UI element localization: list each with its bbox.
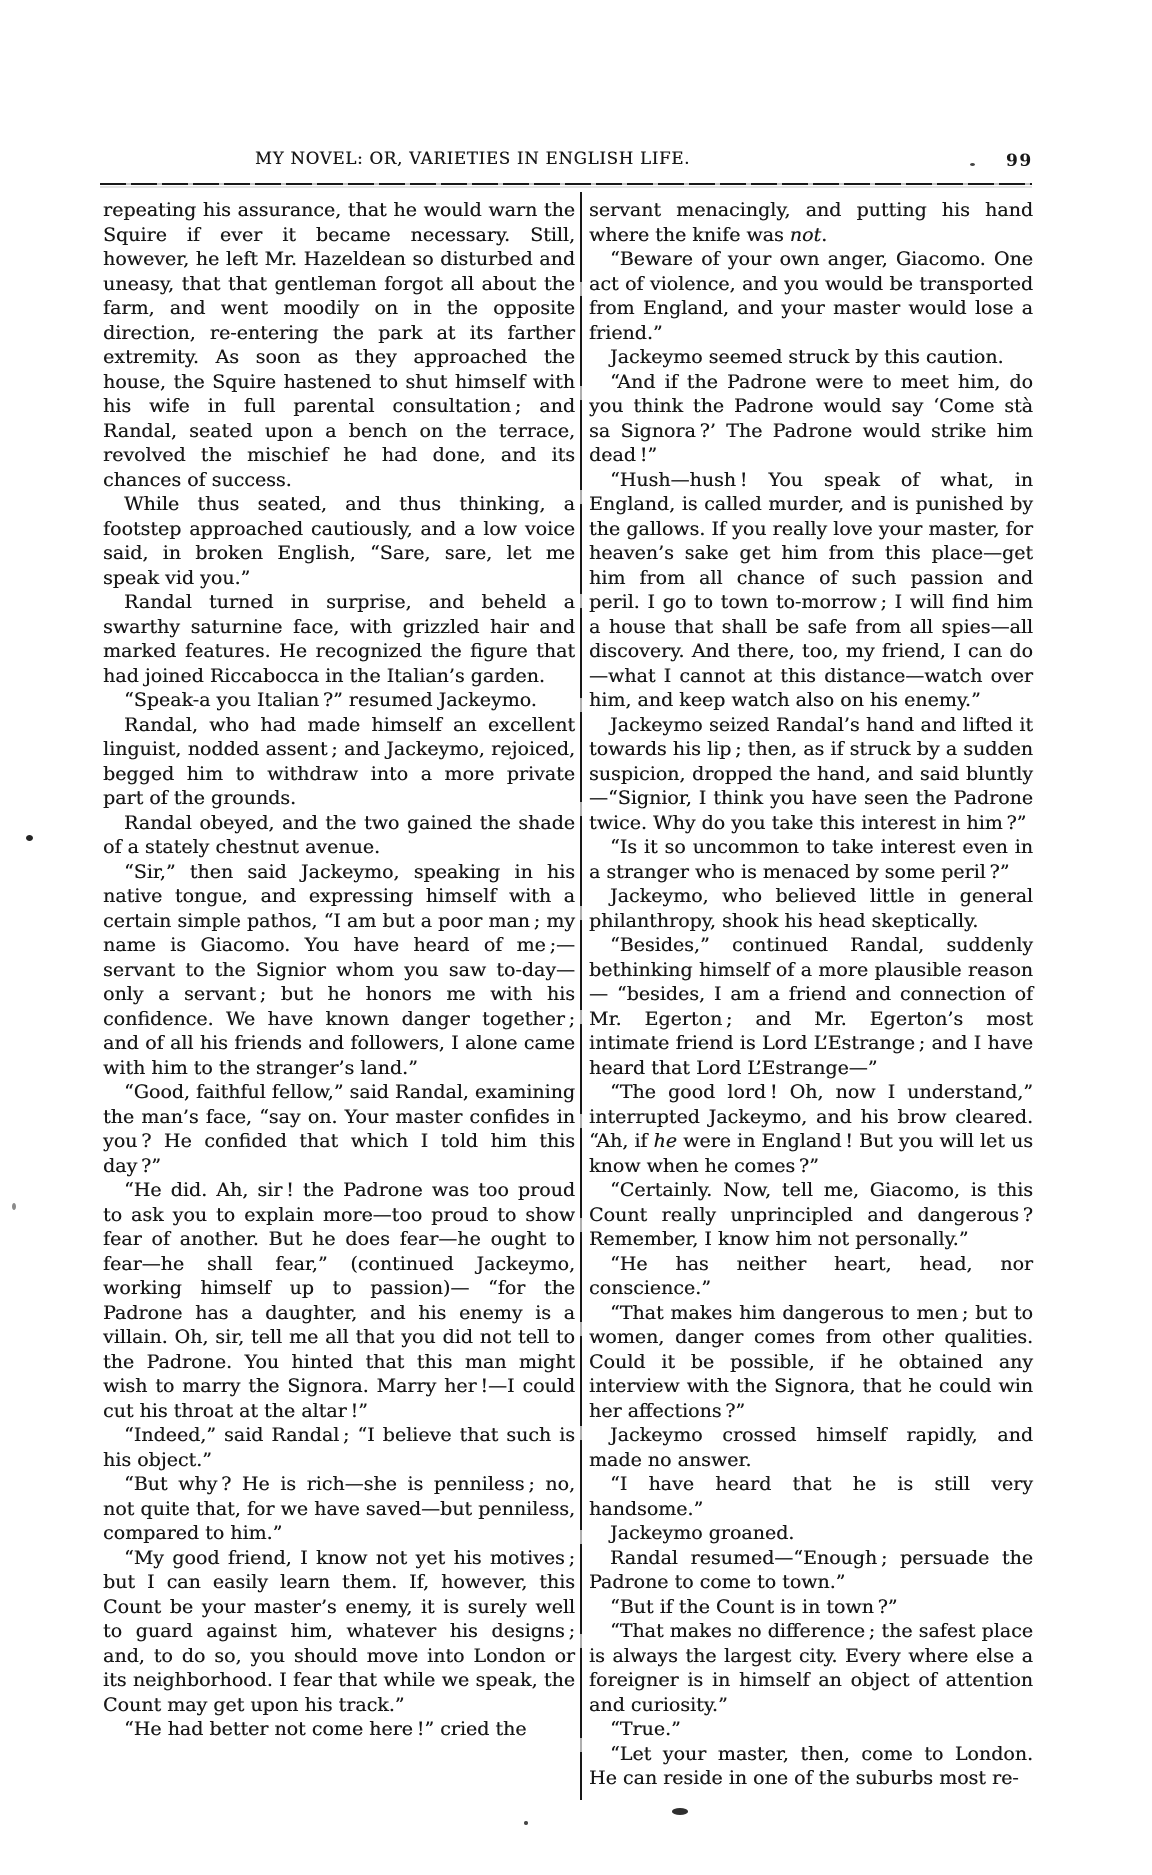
column-divider-rule xyxy=(580,192,582,1800)
paragraph: “And if the Padrone were to meet him, do… xyxy=(589,370,1033,468)
paragraph: Randal resumed—“Enough ; persuade the Pa… xyxy=(589,1546,1033,1595)
paragraph: Jackeymo crossed himself rapidly, and ma… xyxy=(589,1423,1033,1472)
running-title: MY NOVEL: OR, VARIETIES IN ENGLISH LIFE. xyxy=(255,149,690,168)
scan-speck xyxy=(26,835,33,841)
paragraph: “Hush—hush ! You speak of what, in Engla… xyxy=(589,468,1033,713)
paragraph: “True.” xyxy=(589,1717,1033,1742)
scanned-book-page: { "document": { "header": { "title": "MY… xyxy=(0,0,1152,1875)
paragraph: Jackeymo seized Randal’s hand and lifted… xyxy=(589,713,1033,836)
paragraph: servant menacingly, and putting his hand… xyxy=(589,198,1033,247)
paragraph: Randal obeyed, and the two gained the sh… xyxy=(103,811,575,860)
header-rule xyxy=(100,183,1032,185)
paragraph: Jackeymo seemed struck by this caution. xyxy=(589,345,1033,370)
scan-speck xyxy=(12,1203,16,1210)
book-page: MY NOVEL: OR, VARIETIES IN ENGLISH LIFE.… xyxy=(0,0,1152,1875)
page-number: 99 xyxy=(1006,151,1033,171)
italic-text: not xyxy=(790,224,821,246)
paragraph: “I have heard that he is still very hand… xyxy=(589,1472,1033,1521)
paragraph: “Beware of your own anger, Giacomo. One … xyxy=(589,247,1033,345)
paragraph: “But why ? He is rich—she is penniless ;… xyxy=(103,1472,575,1546)
paragraph: “Indeed,” said Randal ; “I believe that … xyxy=(103,1423,575,1472)
paragraph: “That makes him dangerous to men ; but t… xyxy=(589,1301,1033,1424)
paragraph: Jackeymo, who believed little in general… xyxy=(589,884,1033,933)
paragraph: “That makes no difference ; the safest p… xyxy=(589,1619,1033,1717)
paragraph: “Certainly. Now, tell me, Giacomo, is th… xyxy=(589,1178,1033,1252)
paragraph: Randal, who had made himself an excellen… xyxy=(103,713,575,811)
paragraph: “My good friend, I know not yet his moti… xyxy=(103,1546,575,1718)
paragraph: repeating his assurance, that he would w… xyxy=(103,198,575,492)
paragraph: “But if the Count is in town ?” xyxy=(589,1595,1033,1620)
paragraph: “Speak-a you Italian ?” resumed Jackeymo… xyxy=(103,688,575,713)
paragraph: “He has neither heart, head, nor conscie… xyxy=(589,1252,1033,1301)
text-column-right: servant menacingly, and putting his hand… xyxy=(589,198,1033,1791)
paragraph: “The good lord ! Oh, now I understand,” … xyxy=(589,1080,1033,1178)
paragraph: “Sir,” then said Jackeymo, speaking in h… xyxy=(103,860,575,1081)
italic-text: he xyxy=(654,1130,677,1152)
paragraph: “He did. Ah, sir ! the Padrone was too p… xyxy=(103,1178,575,1423)
paragraph: “Besides,” continued Randal, suddenly be… xyxy=(589,933,1033,1080)
paragraph: “Good, faithful fellow,” said Randal, ex… xyxy=(103,1080,575,1178)
paragraph: “Is it so uncommon to take interest even… xyxy=(589,835,1033,884)
paragraph: “He had better not come here !” cried th… xyxy=(103,1717,575,1742)
paragraph: Randal turned in surprise, and beheld a … xyxy=(103,590,575,688)
text-column-left: repeating his assurance, that he would w… xyxy=(103,198,575,1742)
paragraph: “Let your master, then, come to London. … xyxy=(589,1742,1033,1791)
scan-speck xyxy=(524,1821,528,1825)
paragraph: Jackeymo groaned. xyxy=(589,1521,1033,1546)
scan-speck xyxy=(970,163,975,166)
scan-speck xyxy=(672,1808,688,1815)
paragraph: While thus seated, and thus thinking, a … xyxy=(103,492,575,590)
